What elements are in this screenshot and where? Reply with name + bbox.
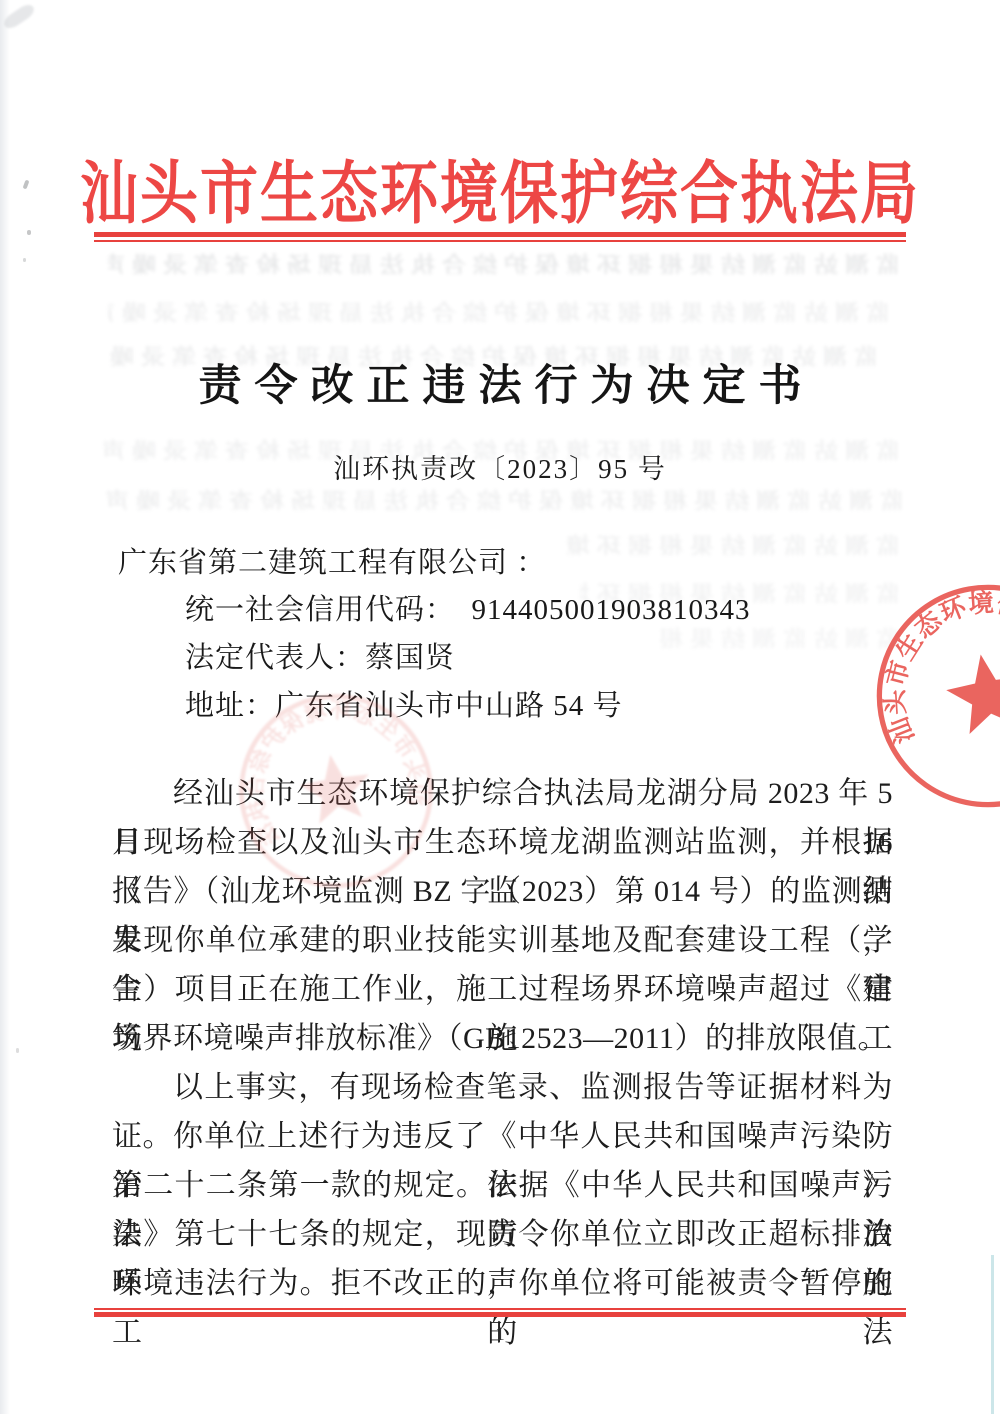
body-line: 环境违法行为。拒不改正的，你单位将可能被责令暂停施工的法 (112, 1259, 893, 1308)
body-line: 发现你单位承建的职业技能实训基地及配套建设工程（学生宿 (112, 916, 893, 965)
body-line: 报告》（汕龙环境监测 BZ 字（2023）第 014 号）的监测结果， (112, 867, 893, 916)
document-title: 责令改正违法行为决定书 (0, 352, 1000, 413)
body-line: 经汕头市生态环境保护综合执法局龙湖分局 2023 年 5 月 16 (112, 769, 893, 818)
bleedthrough-row: 监测站监测结果根据环境保护综合执法局现场检查笔录噪声污染防治法规定责令改正违法行… (108, 294, 890, 322)
agency-letterhead-title: 汕头市生态环境保护综合执法局 (0, 138, 1000, 237)
scan-corner-smudge (1, 2, 36, 32)
letterhead-divider-line (94, 232, 906, 242)
body-line: 你单位上述行为违反了《中华人民共和国噪声污染防治法》 (112, 1112, 893, 1161)
bleedthrough-row: 监测站监测结果根据环境保护综合执法局现场检查笔录噪声污染防治法规定责令改正违法行… (104, 482, 904, 510)
svg-text:汕头市生态环境保护综合执法局: 汕头市生态环境保护综合执法局 (854, 562, 1000, 773)
body-line: 场界环境噪声排放标准》（GB12523—2011）的排放限值。 (112, 1014, 893, 1063)
page-number: 1 (0, 1324, 1000, 1346)
scan-speck (16, 1048, 19, 1053)
bleedthrough-row: 监测站监测结果根据环境保护综合执法局现场检查笔录噪声污染防治法规定责令改正违法行… (108, 246, 900, 274)
recipient-legal-representative: 法定代表人：蔡国贤 (185, 635, 455, 676)
body-line: 第二十二条第一款的规定。依据《中华人民共和国噪声污染防治 (112, 1161, 893, 1210)
recipient-credit-code: 统一社会信用代码： 914405001903810343 (185, 587, 751, 628)
body-text: 经汕头市生态环境保护综合执法局龙湖分局 2023 年 5 月 16日现场检查以及… (112, 769, 893, 1308)
body-line: 日现场检查以及汕头市生态环境龙湖监测站监测，并根据《监测 (112, 818, 893, 867)
document-number: 汕环执责改〔2023〕95 号 (0, 447, 1000, 486)
scan-speck (23, 258, 26, 262)
body-line: 法》第七十七条的规定，现责令你单位立即改正超标排放噪声的 (112, 1210, 893, 1259)
footer-divider-line (94, 1308, 906, 1317)
seal-star-icon (941, 648, 1000, 737)
seal-arc-text: 汕头市生态环境保护综合执法局 (854, 562, 1000, 773)
scanned-document-page: 监测站监测结果根据环境保护综合执法局现场检查笔录噪声污染防治法规定责令改正违法行… (0, 0, 1000, 1414)
recipient-address: 地址：广东省汕头市中山路 54 号 (185, 683, 623, 724)
bleedthrough-row: 监测站监测结果根据环境保护综合执法局现场检查笔录噪声污染防治法规定责令改正违法行… (560, 527, 900, 555)
recipient-company: 广东省第二建筑工程有限公司 ： (118, 540, 546, 581)
body-line: 以上事实，有现场检查笔录、监测报告等证据材料为证。 (112, 1063, 893, 1112)
body-line: 舍）项目正在施工作业，施工过程场界环境噪声超过《建筑施工 (112, 965, 893, 1014)
